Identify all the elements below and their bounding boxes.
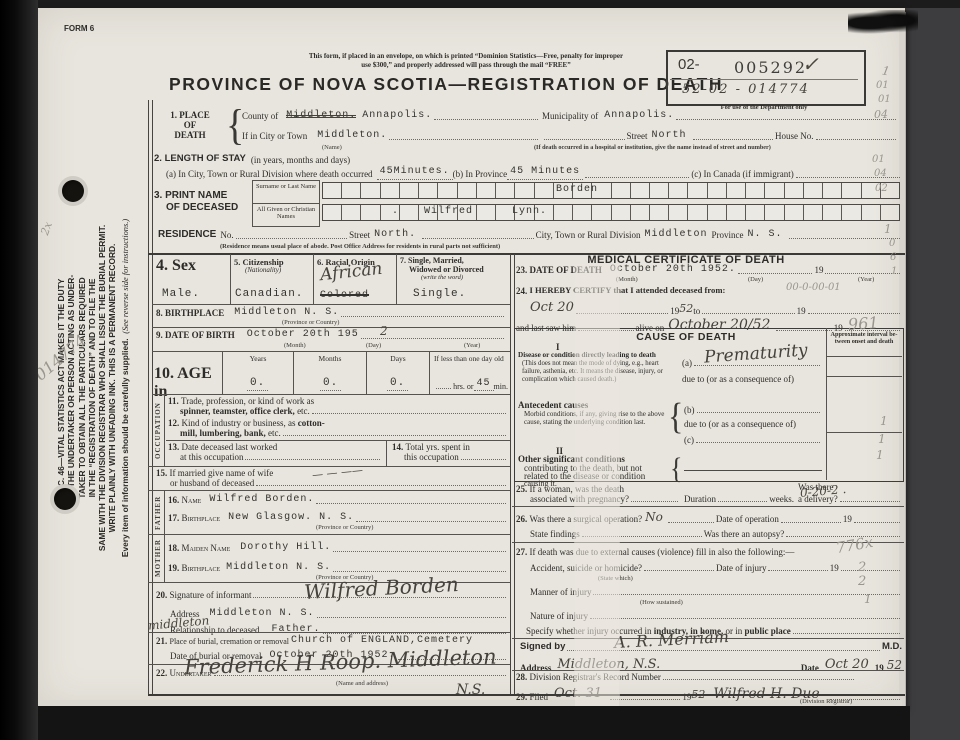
name-grid-cell xyxy=(323,205,341,220)
attended-from-value: Oct 20 xyxy=(530,301,574,316)
residence-caption: (Residence means usual place of abode. P… xyxy=(220,243,500,250)
field-citizenship: 5. Citizenship (Nationality) Canadian. xyxy=(230,254,313,304)
field-burial: 21. Place of burial, cremation or remova… xyxy=(156,635,508,647)
field-city-town: If in City or Town Middleton. xyxy=(242,130,540,142)
name-grid-cell xyxy=(437,183,456,198)
dotted-leader xyxy=(593,594,900,595)
middle-name-value: Lynn. xyxy=(512,206,547,217)
informant-address-value: Middleton N. S. xyxy=(210,608,315,620)
birthplace-value: Middleton N. S. xyxy=(234,307,339,319)
name-grid-cell xyxy=(514,183,533,198)
handwritten-annotation: 1 xyxy=(880,414,888,428)
field-residence: RESIDENCE No. Street North. City, Town o… xyxy=(158,229,902,241)
field13-label: Date deceased last worked xyxy=(182,442,278,452)
field11-label: Trade, profession, or kind of work as xyxy=(181,396,314,406)
dotted-leader xyxy=(283,435,506,436)
form-number: FORM 6 xyxy=(64,24,94,33)
name-grid-cell xyxy=(630,183,649,198)
rule-line-vertical xyxy=(386,440,387,466)
name-grid-cell xyxy=(591,205,610,220)
department-number-box: 02- 005292 52-02 - 014774 xyxy=(666,50,866,106)
age-days: 0. xyxy=(387,377,408,391)
handwritten-annotation: 01 xyxy=(876,80,889,91)
mail-notice-line2: use $300,” and properly addressed will p… xyxy=(186,61,746,69)
field-date-of-birth: 9. DATE OF BIRTH October 20th 195 xyxy=(156,329,506,341)
dotted-leader xyxy=(436,388,451,389)
dotted-leader xyxy=(768,570,827,571)
name-grid-cell xyxy=(649,183,668,198)
dotted-leader xyxy=(590,618,900,619)
date-of-death-value: October 20th 1952. xyxy=(610,264,736,276)
surname-value: Borden xyxy=(556,184,598,195)
residence-street-value: North. xyxy=(374,229,416,241)
operation-value: No xyxy=(645,511,663,525)
dotted-leader xyxy=(544,139,625,140)
field27-label: If death was due to external causes (vio… xyxy=(530,547,795,557)
name-grid-cell xyxy=(399,205,418,220)
name-grid-cell xyxy=(553,205,572,220)
handwritten-annotation: 01 xyxy=(878,94,891,105)
field-municipality: Municipality of Annapolis. xyxy=(542,110,898,122)
field-mother-name: 18. Maiden Name Dorothy Hill. xyxy=(168,542,508,554)
handwritten-annotation: 01 xyxy=(872,154,885,165)
name-grid-cell xyxy=(707,205,726,220)
city-value: Middleton. xyxy=(317,130,387,142)
field-county: County of Middleton. Annapolis. xyxy=(242,110,540,122)
rule-line xyxy=(826,356,902,357)
rule-line xyxy=(253,203,319,204)
handwritten-annotation: 1 xyxy=(876,448,884,462)
occupation-rail: OCCUPATION xyxy=(152,395,165,466)
name-grid-cell xyxy=(764,183,783,198)
name-grid-cell xyxy=(764,205,783,220)
statute-vertical-text: SEC. 46—VITAL STATISTICS ACT MAKES IT TH… xyxy=(56,158,152,618)
dotted-leader xyxy=(697,412,821,413)
name-grid-cell xyxy=(457,183,476,198)
name-grid-cell xyxy=(841,205,860,220)
handwritten-annotation: 961 xyxy=(847,313,879,334)
name-grid-cell xyxy=(534,183,553,198)
stay-city-value: 45Minutes. xyxy=(377,166,453,180)
field-age: 10. AGE in Years 0. Months 0. Days 0. If… xyxy=(152,351,510,394)
handwritten-annotation: 1 xyxy=(884,222,892,236)
field28: 28. Division Registrar's Record Number xyxy=(516,672,856,682)
name-grid-cell xyxy=(803,183,822,198)
name-grid-cell xyxy=(726,183,745,198)
field12-label: Kind of industry or business, as xyxy=(182,418,296,428)
date-of-birth-value: October 20th 195 xyxy=(247,329,359,341)
registration-prefix: 02- xyxy=(678,56,700,73)
registration-stamp: 005292 xyxy=(734,58,807,77)
citizenship-value: Canadian. xyxy=(235,288,303,300)
dotted-leader xyxy=(316,503,506,504)
dotted-leader xyxy=(738,273,813,274)
page-title: PROVINCE OF NOVA SCOTIA—REGISTRATION OF … xyxy=(176,74,716,94)
name-grid-cell xyxy=(784,183,803,198)
handwritten-annotation: 1 xyxy=(878,432,886,446)
field1-label: PLACE xyxy=(179,110,210,120)
field-informant-address: Address Middleton N. S. xyxy=(170,608,508,620)
given-name-grid xyxy=(322,204,900,221)
punch-hole xyxy=(62,180,84,202)
handwritten-annotation: 2 xyxy=(858,574,866,589)
dotted-leader xyxy=(781,522,841,523)
dotted-leader xyxy=(341,316,504,317)
dotted-leader xyxy=(585,177,689,178)
dotted-leader xyxy=(816,139,897,140)
father-name-value: Wilfred Borden. xyxy=(209,494,314,506)
age-months: 0. xyxy=(320,377,341,391)
name-grid-cell xyxy=(745,183,764,198)
name-grid-cell xyxy=(726,205,745,220)
field-father-birthplace: 17. Birthplace New Glasgow. N. S. xyxy=(168,512,508,524)
name-grid-cell xyxy=(341,183,360,198)
dotted-leader xyxy=(333,551,506,552)
name-grid-cell xyxy=(476,183,495,198)
handwritten-annotation: 2x xyxy=(38,220,55,237)
rule-line xyxy=(826,376,902,377)
marital-value: Single. xyxy=(413,288,466,300)
rule-line xyxy=(670,79,858,80)
fields-4-7: 4. Sex Male. 5. Citizenship (Nationality… xyxy=(152,254,510,304)
dotted-leader xyxy=(389,139,538,140)
county-value: Annapolis. xyxy=(362,110,432,122)
dotted-leader xyxy=(789,238,900,239)
street-value: North xyxy=(652,130,687,142)
field-racial-origin: 6. Racial Origin African Colored xyxy=(313,254,396,304)
name-grid-cell xyxy=(707,183,726,198)
dotted-leader xyxy=(256,485,506,486)
dotted-leader xyxy=(434,119,538,120)
rule-line xyxy=(148,534,510,535)
dotted-leader xyxy=(236,238,347,239)
repair-tape xyxy=(574,264,620,708)
handwritten-annotation: 1 xyxy=(864,592,872,606)
dotted-leader xyxy=(718,501,767,502)
dotted-leader xyxy=(312,413,506,414)
handwritten-annotation: ✓ xyxy=(802,52,819,76)
name-grid-cell xyxy=(784,205,803,220)
name-grid-cell xyxy=(668,205,687,220)
dotted-leader xyxy=(663,679,854,680)
name-grid-cell xyxy=(360,205,379,220)
rule-line xyxy=(152,394,510,395)
name-grid-cell xyxy=(649,205,668,220)
rule-line xyxy=(148,632,510,633)
handwritten-annotation: 2 xyxy=(858,560,866,575)
name-grid-cell xyxy=(611,183,630,198)
dotted-leader xyxy=(461,459,506,460)
mail-notice-line1: This form, if placed in an envelope, on … xyxy=(186,52,746,60)
rule-line xyxy=(148,490,510,491)
field-relationship: Relationship to deceased Father. xyxy=(170,624,508,636)
stay-province-value: 45 Minutes xyxy=(507,166,583,180)
handwritten-annotation: 1 xyxy=(881,63,891,78)
rule-line xyxy=(148,694,905,696)
name-grid-cell xyxy=(745,205,764,220)
dotted-leader xyxy=(693,139,774,140)
field3-label: PRINT NAME xyxy=(165,190,227,202)
sex-value: Male. xyxy=(162,288,200,300)
handwritten-annotation: 2 xyxy=(380,324,388,338)
residence-province-value: N. S. xyxy=(747,229,782,241)
name-sublabels: Surname or Last Name All Given or Christ… xyxy=(252,180,320,227)
municipality-value: Annapolis. xyxy=(604,110,674,122)
field-father-name: 16. Name Wilfred Borden. xyxy=(168,494,508,506)
registration-handwritten: 52-02 - 014774 xyxy=(682,82,810,97)
form-paper: FORM 6 SEC. 46—VITAL STATISTICS ACT MAKE… xyxy=(36,8,905,708)
name-grid-cell xyxy=(822,205,841,220)
name-grid-cell xyxy=(572,205,591,220)
handwritten-annotation: 04 xyxy=(874,168,887,179)
dotted-leader xyxy=(317,617,506,618)
rule-line xyxy=(512,670,904,671)
punch-hole xyxy=(54,488,76,510)
burial-place-value: Church of ENGLAND,Cemetery xyxy=(291,635,473,647)
mother-name-value: Dorothy Hill. xyxy=(240,542,331,554)
rule-line xyxy=(826,432,902,433)
residence-city-value: Middleton xyxy=(644,229,707,241)
surname-grid xyxy=(322,182,900,199)
field14-label: Total yrs. spent in xyxy=(406,442,470,452)
field15-label: If married give name of wife xyxy=(170,468,274,478)
racial-origin-struck: Colored xyxy=(320,290,369,301)
field-marital: 7. Single, Married, Widowed or Divorced … xyxy=(396,254,510,304)
background-bottom xyxy=(0,706,910,740)
dotted-leader xyxy=(854,522,900,523)
interval-header: Approximate interval be- tween onset and… xyxy=(828,331,900,346)
field2-line: (a) In City, Town or Rural Division wher… xyxy=(166,166,902,180)
name-grid-cell xyxy=(861,205,880,220)
given-name-value: Wilfred xyxy=(424,206,473,217)
name-grid-cell xyxy=(803,205,822,220)
rule-line xyxy=(152,304,510,305)
name-grid-cell xyxy=(611,205,630,220)
name-grid-cell xyxy=(341,205,360,220)
name-grid-cell xyxy=(399,183,418,198)
handwritten-annotation: 6 xyxy=(890,252,896,263)
rule-line xyxy=(684,470,822,471)
handwritten-annotation: 00-0-00-01 xyxy=(786,282,841,293)
handwritten-annotation: 0 xyxy=(889,238,895,249)
dotted-leader xyxy=(245,459,380,460)
name-grid-cell xyxy=(822,183,841,198)
age-years: 0. xyxy=(247,377,268,391)
dotted-leader xyxy=(631,501,678,502)
dotted-leader xyxy=(333,571,506,572)
name-grid-cell xyxy=(323,183,341,198)
dotted-leader xyxy=(676,119,896,120)
field-sex: 4. Sex Male. xyxy=(152,254,230,304)
dotted-leader xyxy=(793,633,900,634)
name-grid-cell xyxy=(687,183,706,198)
rule-line xyxy=(512,506,904,507)
background-top xyxy=(0,0,960,8)
scanned-death-register-page: FORM 6 SEC. 46—VITAL STATISTICS ACT MAKE… xyxy=(0,0,960,740)
father-rail: FATHER xyxy=(152,491,165,534)
handwritten-annotation: 04 xyxy=(874,108,888,121)
handwritten-annotation: 02 xyxy=(875,183,888,194)
field-street-house: Street North House No. xyxy=(542,130,898,142)
rule-line xyxy=(152,327,510,328)
name-caption: (Name) xyxy=(322,144,342,151)
dotted-leader xyxy=(356,521,506,522)
rule-line-vertical xyxy=(826,328,827,480)
name-grid-cell xyxy=(687,205,706,220)
dotted-leader xyxy=(696,442,820,443)
name-grid-cell xyxy=(668,183,687,198)
dotted-leader xyxy=(825,273,900,274)
name-grid-cell xyxy=(880,205,899,220)
name-grid-cell xyxy=(841,183,860,198)
name-grid-cell xyxy=(630,205,649,220)
dotted-leader xyxy=(668,522,714,523)
name-grid-cell xyxy=(418,183,437,198)
dotted-leader xyxy=(841,570,900,571)
mother-rail: MOTHER xyxy=(152,535,165,582)
hospital-caption: (If death occurred in a hospital or inst… xyxy=(534,144,771,151)
dotted-leader xyxy=(644,570,714,571)
dotted-leader xyxy=(610,699,680,700)
rule-line xyxy=(166,440,510,441)
name-grid-cell xyxy=(476,205,495,220)
name-grid-cell xyxy=(495,183,514,198)
field2-header: 2. LENGTH OF STAY (in years, months and … xyxy=(154,154,350,165)
dotted-leader xyxy=(422,238,533,239)
handwritten-annotation: 1 xyxy=(891,266,897,277)
name-grid-cell xyxy=(360,183,379,198)
mother-birthplace-value: Middleton N. S. xyxy=(226,562,331,574)
fabric-marks xyxy=(848,10,918,36)
name-grid-cell xyxy=(380,183,399,198)
dotted-leader xyxy=(702,313,794,314)
age-minutes: 45 xyxy=(474,378,494,392)
county-struck-value: Middleton. xyxy=(286,110,356,122)
relationship-value: Father. xyxy=(271,624,320,636)
book-binding xyxy=(0,0,38,740)
dotted-leader xyxy=(840,501,900,502)
field-birthplace: 8. BIRTHPLACE Middleton N. S. xyxy=(156,307,506,319)
father-birthplace-value: New Glasgow. N. S. xyxy=(228,512,354,524)
